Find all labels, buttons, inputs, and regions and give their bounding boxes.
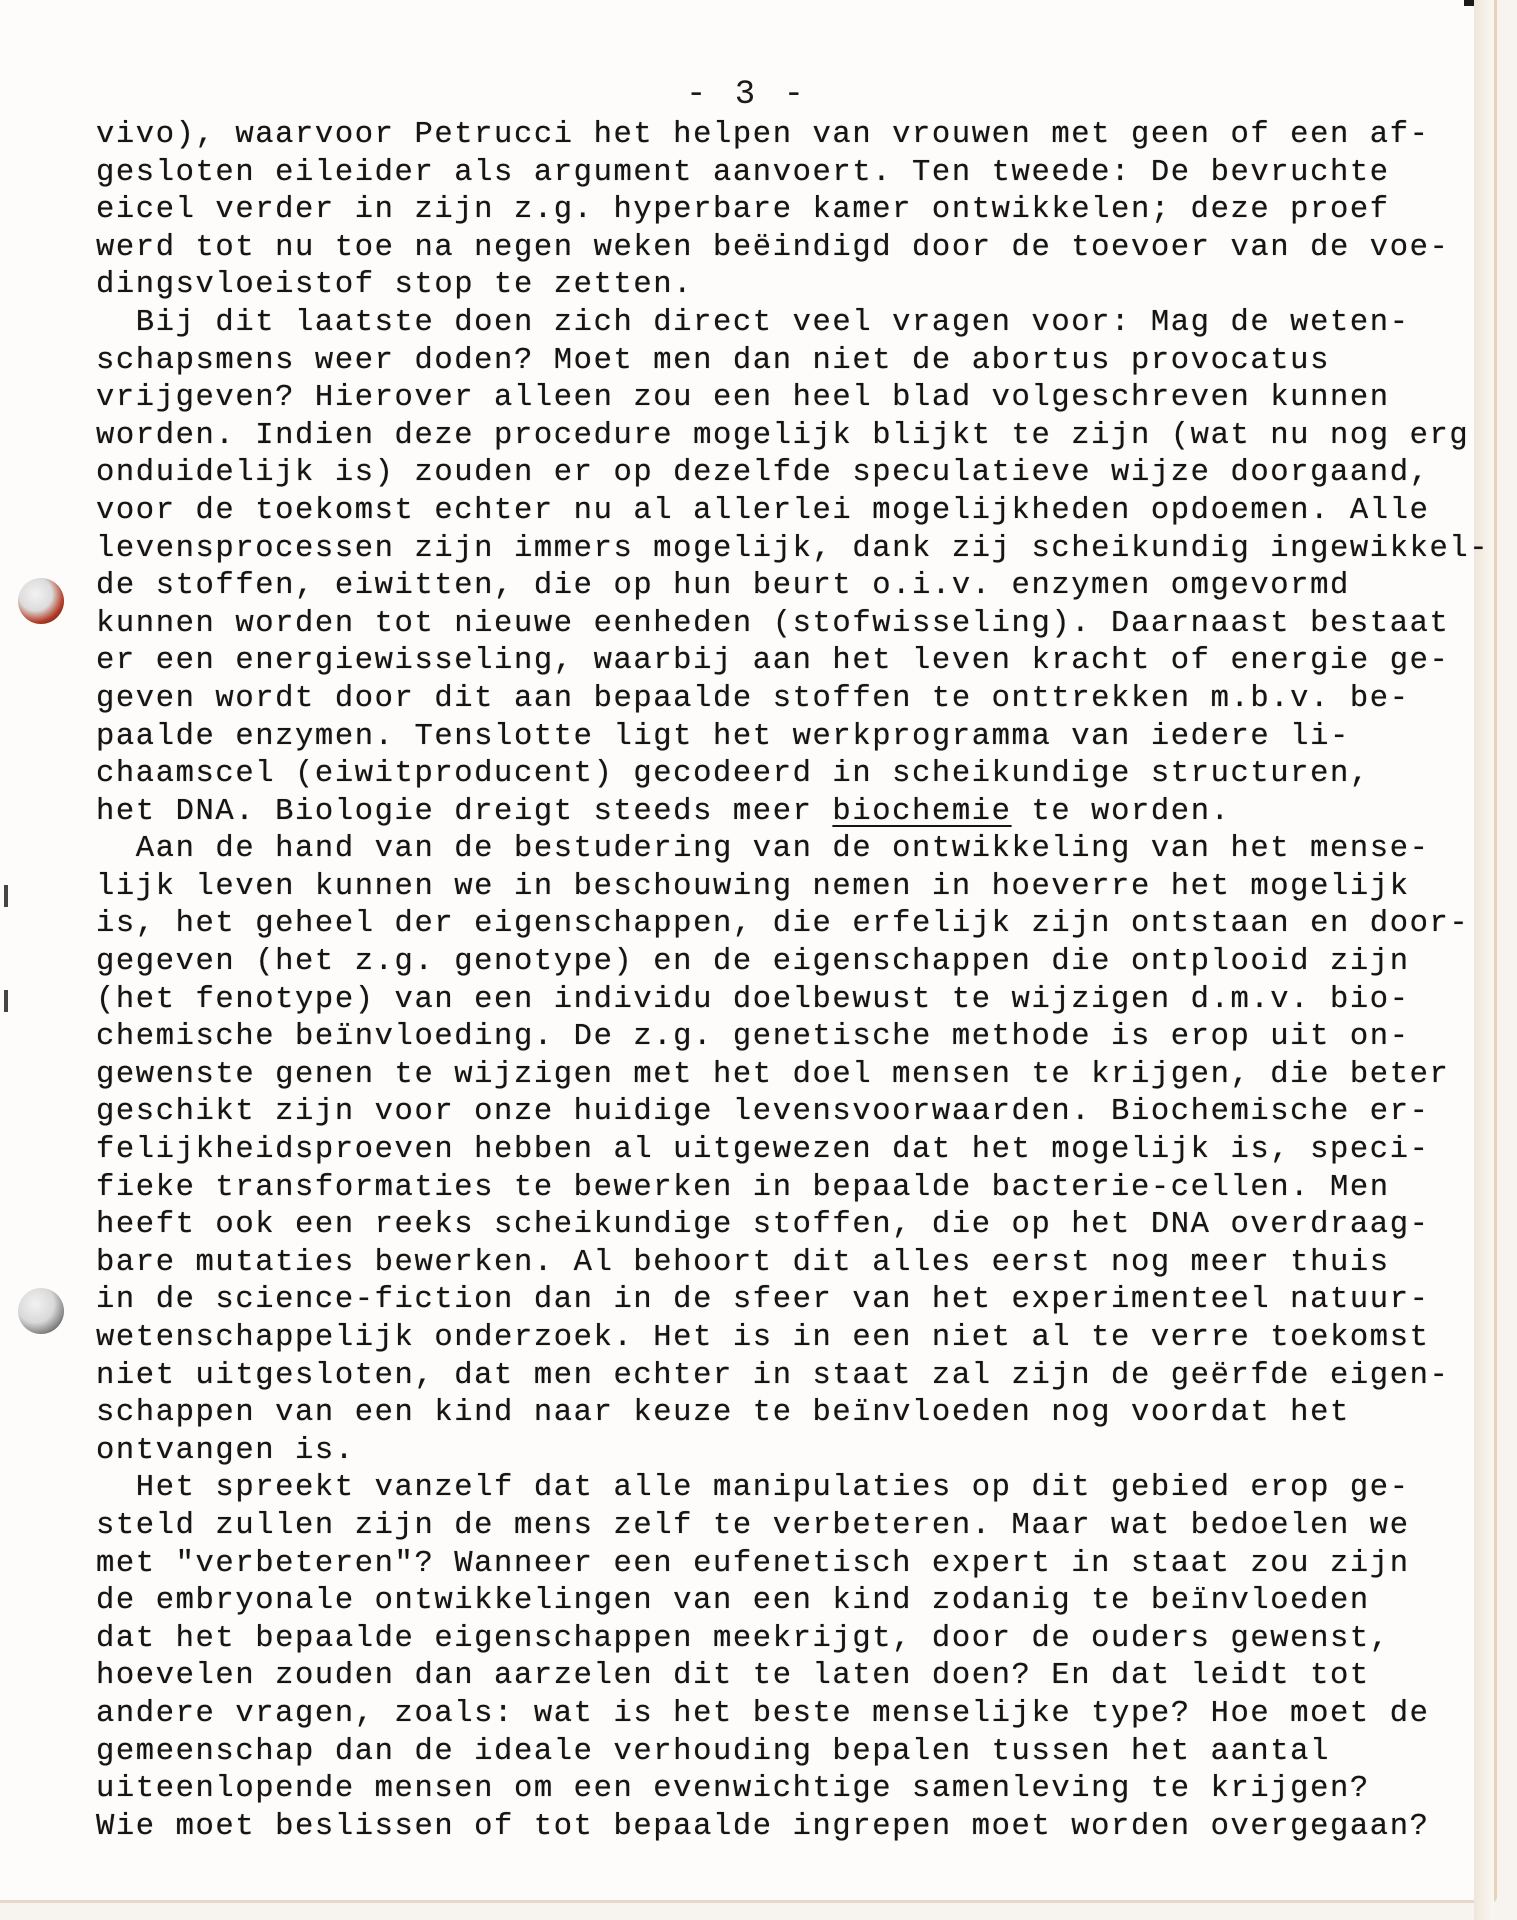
text-line: chaamscel (eiwitproducent) gecodeerd in …: [96, 756, 1476, 794]
text-segment: te worden.: [1012, 795, 1231, 829]
text-line: dingsvloeistof stop te zetten.: [96, 267, 1476, 305]
text-line: werd tot nu toe na negen weken beëindigd…: [96, 230, 1476, 268]
text-line: gesloten eileider als argument aanvoert.…: [96, 155, 1476, 193]
text-line: wetenschappelijk onderzoek. Het is in ee…: [96, 1320, 1476, 1358]
document-page: - 3 - vivo), waarvoor Petrucci het helpe…: [0, 0, 1497, 1903]
binder-hole-icon: [18, 578, 64, 624]
binder-hole-icon: [18, 1288, 64, 1334]
margin-mark: [4, 885, 8, 907]
text-line: Bij dit laatste doen zich direct veel vr…: [96, 305, 1476, 343]
text-line: vivo), waarvoor Petrucci het helpen van …: [96, 117, 1476, 155]
text-line: dat het bepaalde eigenschappen meekrijgt…: [96, 1621, 1476, 1659]
text-line: steld zullen zijn de mens zelf te verbet…: [96, 1508, 1476, 1546]
text-line: het DNA. Biologie dreigt steeds meer bio…: [96, 794, 1476, 832]
text-line: schappen van een kind naar keuze te beïn…: [96, 1395, 1476, 1433]
text-line: chemische beïnvloeding. De z.g. genetisc…: [96, 1019, 1476, 1057]
text-line: fieke transformaties te bewerken in bepa…: [96, 1170, 1476, 1208]
text-line: de embryonale ontwikkelingen van een kin…: [96, 1583, 1476, 1621]
text-line: ontvangen is.: [96, 1433, 1476, 1471]
text-line: heeft ook een reeks scheikundige stoffen…: [96, 1207, 1476, 1245]
text-line: de stoffen, eiwitten, die op hun beurt o…: [96, 568, 1476, 606]
text-line: felijkheidsproeven hebben al uitgewezen …: [96, 1132, 1476, 1170]
text-line: (het fenotype) van een individu doelbewu…: [96, 982, 1476, 1020]
page-edge: [1474, 0, 1494, 1920]
text-line: niet uitgesloten, dat men echter in staa…: [96, 1358, 1476, 1396]
text-line: geschikt zijn voor onze huidige levensvo…: [96, 1094, 1476, 1132]
text-line: geven wordt door dit aan bepaalde stoffe…: [96, 681, 1476, 719]
text-line: onduidelijk is) zouden er op dezelfde sp…: [96, 455, 1476, 493]
body-text: vivo), waarvoor Petrucci het helpen van …: [96, 117, 1476, 1846]
text-line: gegeven (het z.g. genotype) en de eigens…: [96, 944, 1476, 982]
page-number: - 3 -: [0, 76, 1494, 114]
text-line: lijk leven kunnen we in beschouwing neme…: [96, 869, 1476, 907]
text-line: voor de toekomst echter nu al allerlei m…: [96, 493, 1476, 531]
text-line: bare mutaties bewerken. Al behoort dit a…: [96, 1245, 1476, 1283]
text-line: uiteenlopende mensen om een evenwichtige…: [96, 1771, 1476, 1809]
text-line: paalde enzymen. Tenslotte ligt het werkp…: [96, 719, 1476, 757]
text-line: met "verbeteren"? Wanneer een eufenetisc…: [96, 1546, 1476, 1584]
text-line: is, het geheel der eigenschappen, die er…: [96, 906, 1476, 944]
text-line: Wie moet beslissen of tot bepaalde ingre…: [96, 1809, 1476, 1847]
text-line: gemeenschap dan de ideale verhouding bep…: [96, 1734, 1476, 1772]
text-line: schapsmens weer doden? Moet men dan niet…: [96, 343, 1476, 381]
text-line: eicel verder in zijn z.g. hyperbare kame…: [96, 192, 1476, 230]
text-line: er een energiewisseling, waarbij aan het…: [96, 643, 1476, 681]
text-line: kunnen worden tot nieuwe eenheden (stofw…: [96, 606, 1476, 644]
text-line: Het spreekt vanzelf dat alle manipulatie…: [96, 1470, 1476, 1508]
text-line: andere vragen, zoals: wat is het beste m…: [96, 1696, 1476, 1734]
text-segment: het DNA. Biologie dreigt steeds meer: [96, 795, 832, 829]
text-line: worden. Indien deze procedure mogelijk b…: [96, 418, 1476, 456]
text-line: vrijgeven? Hierover alleen zou een heel …: [96, 380, 1476, 418]
text-line: in de science-fiction dan in de sfeer va…: [96, 1282, 1476, 1320]
margin-mark: [4, 990, 8, 1012]
text-line: levensprocessen zijn immers mogelijk, da…: [96, 531, 1476, 569]
text-line: Aan de hand van de bestudering van de on…: [96, 831, 1476, 869]
text-line: hoevelen zouden dan aarzelen dit te late…: [96, 1658, 1476, 1696]
underlined-term: biochemie: [832, 795, 1011, 829]
text-line: gewenste genen te wijzigen met het doel …: [96, 1057, 1476, 1095]
